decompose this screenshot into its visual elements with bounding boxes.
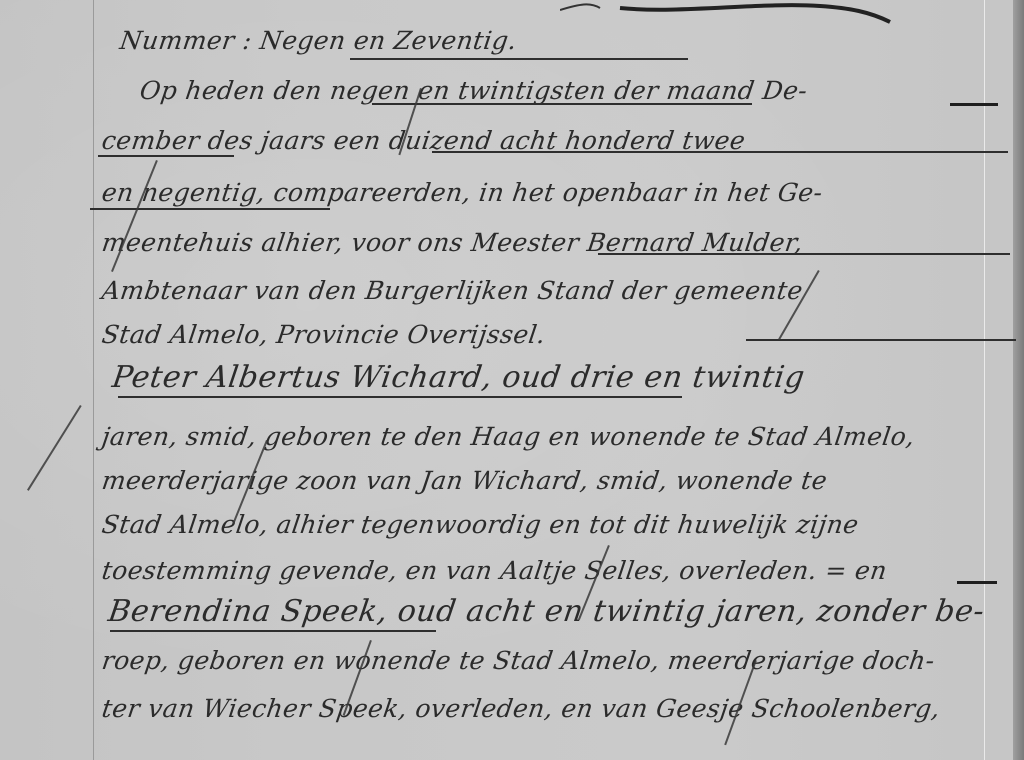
scanned-document-page: Nummer : Negen en Zeventig. Op heden den… [0,0,1024,760]
page-edge-shadow [1013,0,1024,760]
text-line-8: jaren, smid, geboren te den Haag en wone… [100,422,917,451]
fill-line [746,339,1016,341]
underline [110,630,436,632]
text-line-7-groom: Peter Albertus Wichard, oud drie en twin… [110,360,807,395]
underline [118,396,682,398]
underline [372,103,752,105]
top-flourish-decoration [560,0,900,26]
underline [957,581,997,584]
underline [432,151,1008,153]
underline [950,103,998,106]
text-line-1: Op heden den negen en twintigsten der ma… [138,76,809,105]
underline [90,208,330,210]
left-margin-rule [93,0,94,760]
right-margin-rule [984,0,985,760]
record-number-line: Nummer : Negen en Zeventig. [118,26,519,55]
text-line-5: Ambtenaar van den Burgerlijken Stand der… [100,276,805,305]
text-line-14: ter van Wiecher Speek, overleden, en van… [100,694,942,723]
underline [598,253,1010,255]
text-line-3: en negentig, compareerden, in het openba… [100,178,825,207]
text-line-10: Stad Almelo, alhier tegenwoordig en tot … [100,510,861,539]
text-line-6: Stad Almelo, Provincie Overijssel. [100,320,547,349]
pen-stroke [27,405,81,491]
text-line-9: meerderjarige zoon van Jan Wichard, smid… [100,466,829,495]
text-line-12-bride: Berendina Speek, oud acht en twintig jar… [106,594,987,629]
record-number-label: Nummer : [118,26,254,55]
underline [98,155,234,157]
text-line-13: roep, geboren en wonende te Stad Almelo,… [100,646,937,675]
text-line-11: toestemming gevende, en van Aaltje Selle… [100,556,889,585]
record-number-value: Negen en Zeventig. [258,26,519,55]
underline [350,58,688,60]
